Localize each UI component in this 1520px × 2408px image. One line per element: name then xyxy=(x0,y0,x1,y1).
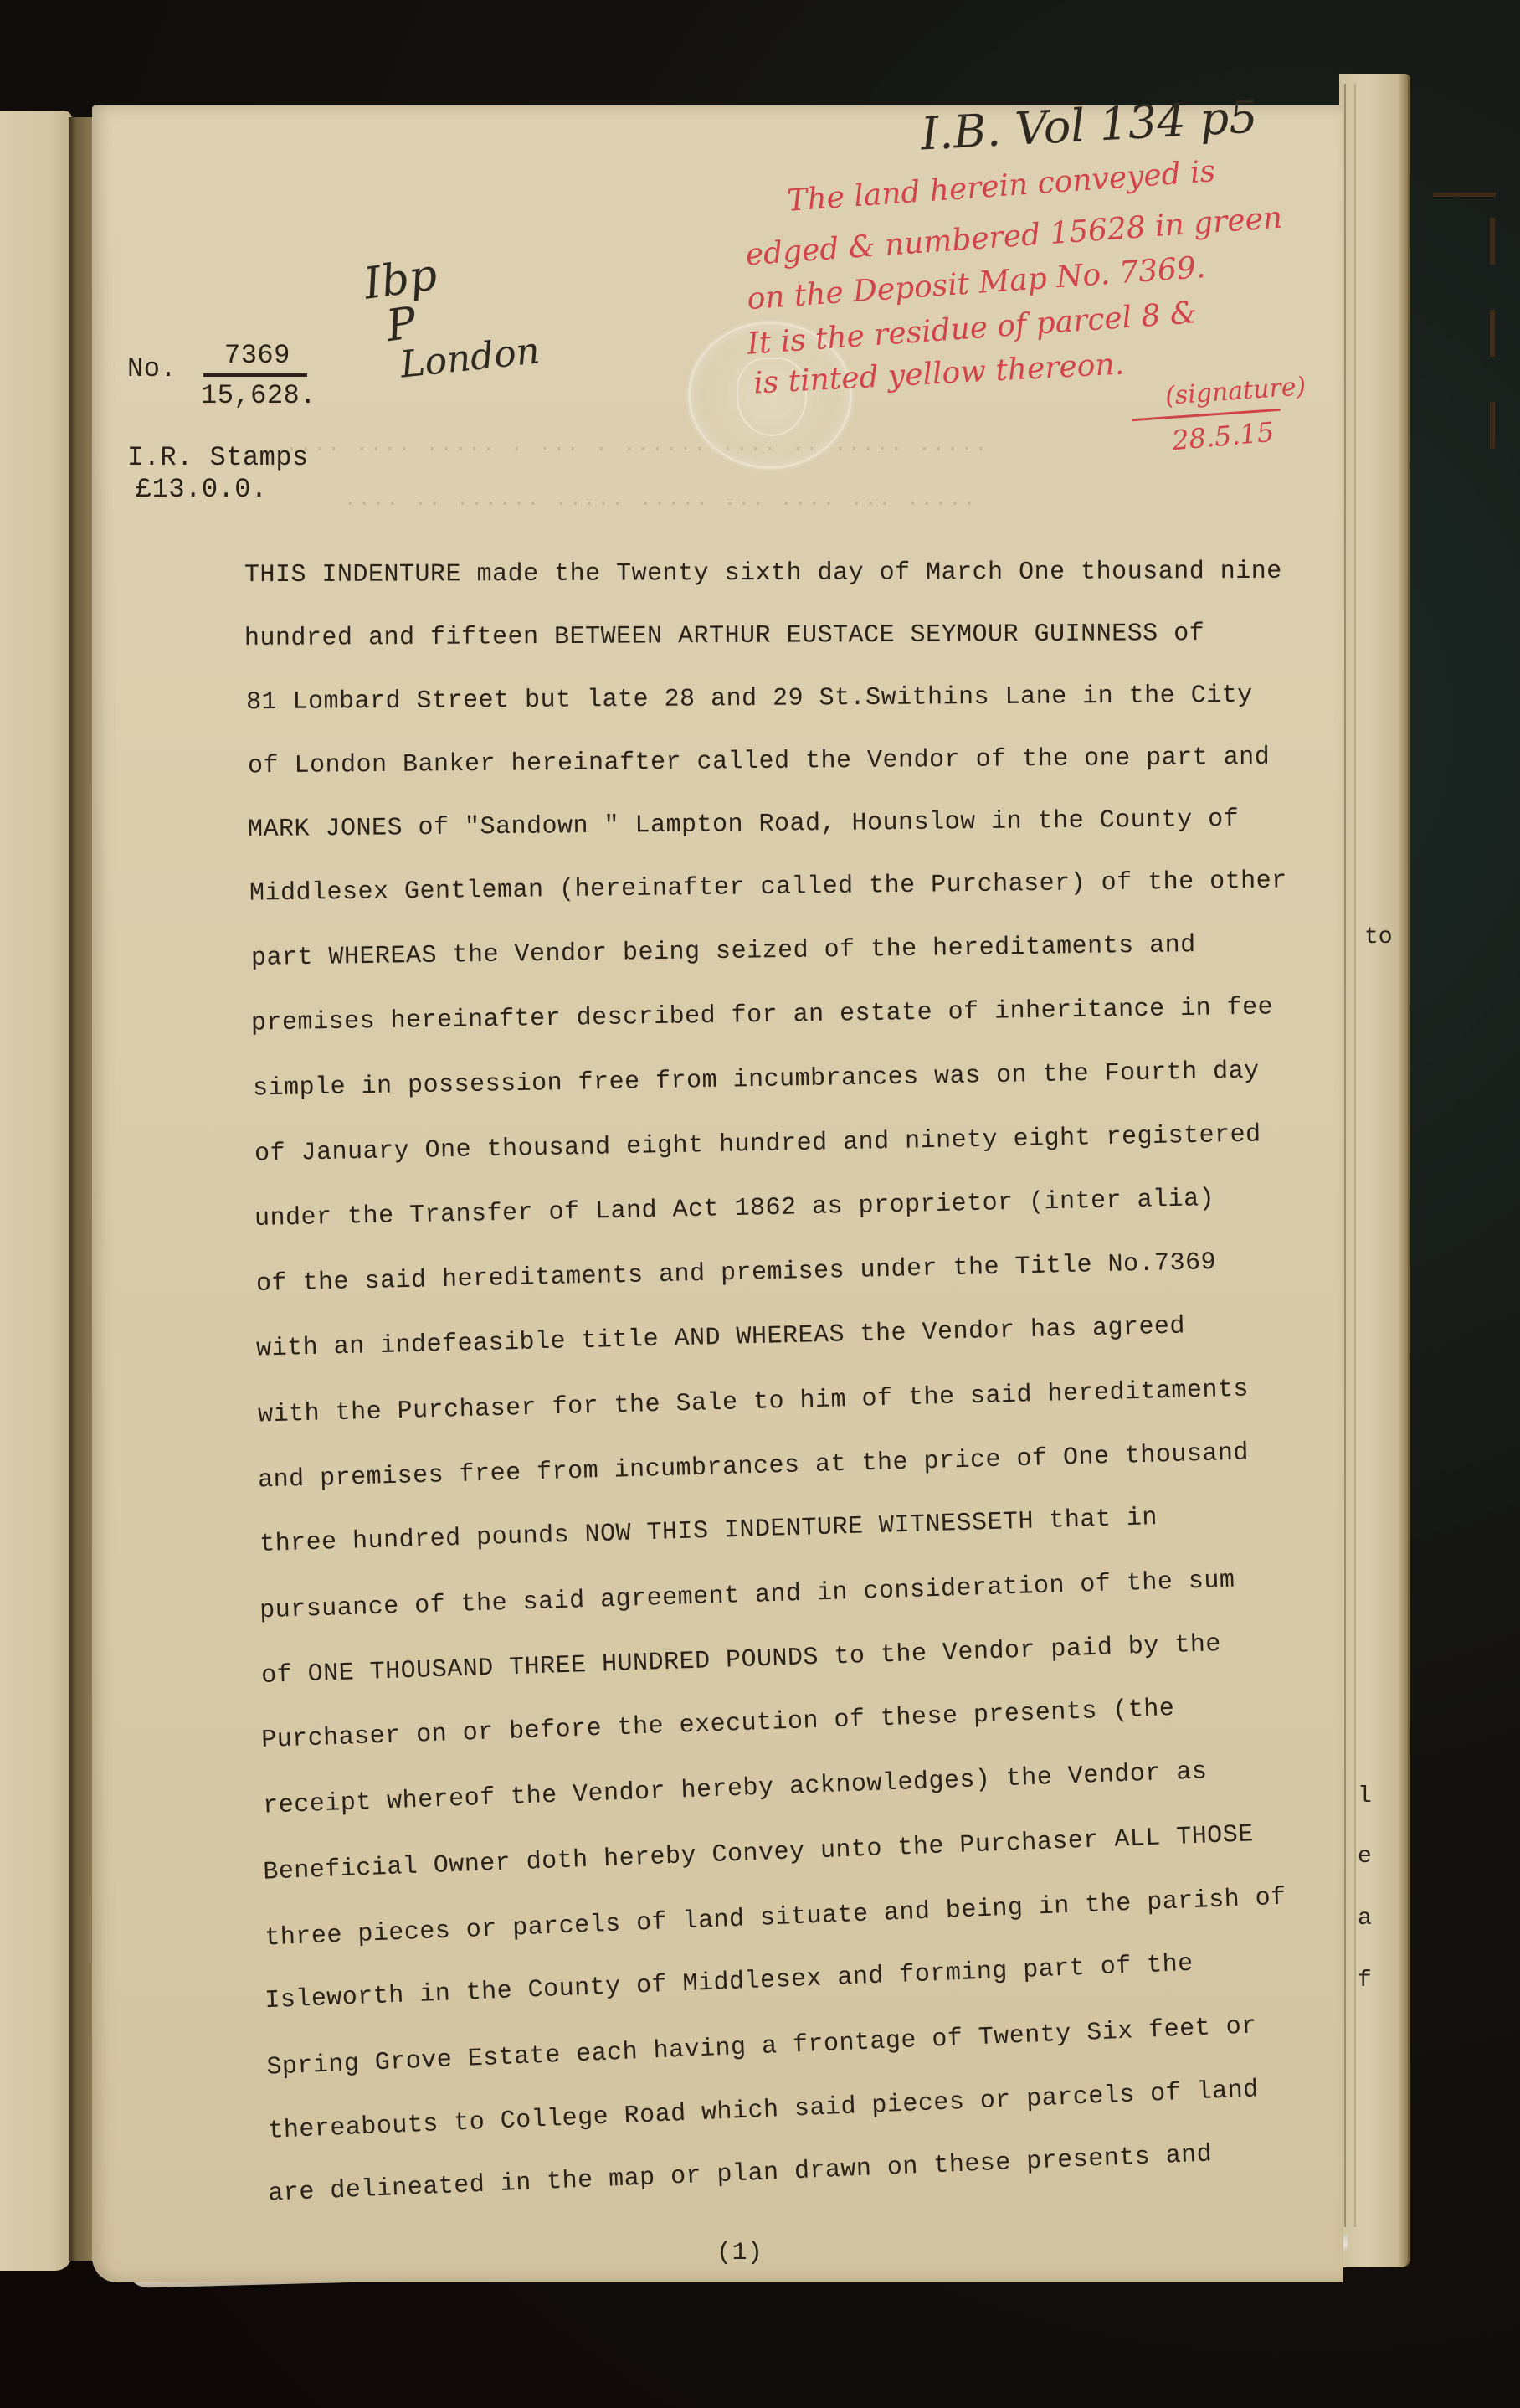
binding-mark xyxy=(1490,402,1495,449)
body-line: Purchaser on or before the execution of … xyxy=(261,1695,1175,1755)
body-line: with an indefeasible title AND WHEREAS t… xyxy=(256,1312,1186,1363)
margin-note-leaf-letter: l xyxy=(1358,1783,1372,1809)
fraction-line xyxy=(203,373,307,377)
body-line: hundred and fifteen BETWEEN ARTHUR EUSTA… xyxy=(244,620,1204,653)
filed-number: 15,628. xyxy=(201,380,316,411)
body-line: pursuance of the said agreement and in c… xyxy=(259,1567,1235,1626)
right-page-stack xyxy=(1339,74,1410,2267)
book-gutter xyxy=(69,117,94,2261)
red-signature: (signature) xyxy=(1164,372,1307,411)
body-line: premises hereinafter described for an es… xyxy=(251,993,1274,1037)
body-line: 81 Lombard Street but late 28 and 29 St.… xyxy=(246,682,1253,717)
body-line: receipt whereof the Vendor hereby acknow… xyxy=(263,1757,1208,1820)
document-page: .... .... ..... . ... . ...... .... .. .… xyxy=(92,105,1343,2282)
body-line: three pieces or parcels of land situate … xyxy=(264,1884,1287,1953)
body-line: and premises free from incumbrances at t… xyxy=(258,1438,1250,1495)
binding-mark xyxy=(1490,218,1495,265)
body-line: simple in possession free from incumbran… xyxy=(253,1057,1260,1104)
binding-mark xyxy=(1433,193,1496,197)
red-date: 28.5.15 xyxy=(1171,416,1276,457)
bleed-through-text: .... .. ...... ..... ..... ... .... ... … xyxy=(343,486,976,512)
margin-note-leaf-letter: f xyxy=(1358,1968,1372,1994)
stamps-value: £13.0.0. xyxy=(136,474,268,505)
binding-mark xyxy=(1490,310,1495,357)
number-label: No. xyxy=(127,353,177,384)
margin-note-leaf-letter: a xyxy=(1358,1906,1372,1932)
body-line: THIS INDENTURE made the Twenty sixth day… xyxy=(244,558,1282,589)
stamps-label: I.R. Stamps xyxy=(127,442,309,473)
body-line: Beneficial Owner doth hereby Convey unto… xyxy=(263,1820,1255,1886)
page-edge-lines xyxy=(1344,84,1356,2227)
left-page-edge xyxy=(0,111,72,2271)
red-note-line: The land herein conveyed is xyxy=(786,154,1216,219)
body-line: of January One thousand eight hundred an… xyxy=(254,1120,1261,1168)
body-line: MARK JONES of "Sandown " Lampton Road, H… xyxy=(248,805,1239,844)
margin-note-to: to xyxy=(1364,924,1393,950)
body-line: of the said hereditaments and premises u… xyxy=(256,1248,1217,1299)
margin-note-leaf-letter: e xyxy=(1358,1844,1372,1870)
body-line: under the Transfer of Land Act 1862 as p… xyxy=(254,1185,1215,1233)
body-line: three hundred pounds NOW THIS INDENTURE … xyxy=(259,1504,1158,1559)
bleed-through-text: .... .... ..... . ... . ...... .... .. .… xyxy=(285,432,988,458)
body-line: Middlesex Gentleman (hereinafter called … xyxy=(249,867,1287,908)
title-number: 7369 xyxy=(224,340,290,371)
page-number: (1) xyxy=(716,2239,763,2267)
handwritten-location: London xyxy=(398,329,542,386)
body-line: Spring Grove Estate each having a fronta… xyxy=(266,2012,1258,2082)
body-line: Isleworth in the County of Middlesex and… xyxy=(264,1950,1194,2016)
body-line: thereabouts to College Road which said p… xyxy=(268,2076,1260,2146)
body-line: part WHEREAS the Vendor being seized of … xyxy=(251,931,1196,973)
body-line: of ONE THOUSAND THREE HUNDRED POUNDS to … xyxy=(261,1630,1222,1690)
body-line: are delineated in the map or plan drawn … xyxy=(268,2140,1213,2208)
body-line: with the Purchaser for the Sale to him o… xyxy=(258,1376,1250,1430)
body-line: of London Banker hereinafter called the … xyxy=(248,743,1270,781)
